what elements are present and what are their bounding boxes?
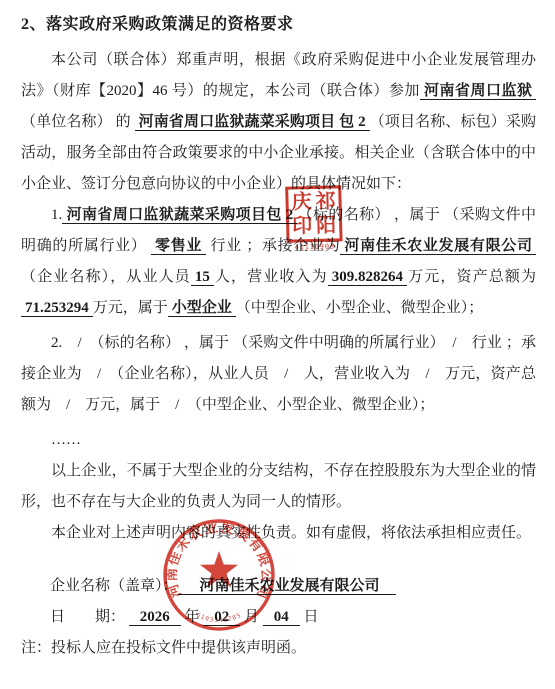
text-segment: 以上企业，不属于大型企业的分支结构，不存在控股股东为大型企业的情形，也不存在与大… <box>21 463 536 510</box>
no-large-enterprise-paragraph: 以上企业，不属于大型企业的分支结构，不存在控股股东为大型企业的情形，也不存在与大… <box>21 456 536 518</box>
filled-value: 河南省周口监狱 <box>420 83 536 100</box>
square-seal-chars-bottom: 印阳 <box>288 214 341 237</box>
filled-value: 15 <box>191 269 214 286</box>
text-segment: 万元，属于 <box>93 300 168 316</box>
text-segment: 人，营业收入为 <box>214 269 328 285</box>
signature-block: 企业名称（盖章）：河南佳禾农业发展有限公司 日 期： 2026 年 02 月 0… <box>50 571 536 633</box>
filled-value: 河南佳禾农业发展有限公司 <box>340 238 536 255</box>
text-segment: …… <box>51 432 81 448</box>
star-icon <box>200 551 238 587</box>
square-seal-border: 庆祁 印阳 <box>285 185 342 242</box>
date-label: 日 期： <box>50 609 125 625</box>
filled-value: 河南省周口监狱蔬菜采购项目包 2 <box>62 207 297 224</box>
round-seal-serial: 6103349785 <box>195 612 243 625</box>
company-seal-label: 企业名称（盖章）： <box>50 578 178 594</box>
day-suffix: 日 <box>304 609 319 625</box>
responsibility-paragraph: 本企业对上述声明内容的真实性负责。如有虚假，将依法承担相应责任。 <box>21 518 536 549</box>
date-line: 日 期： 2026 年 02 月 04 日 <box>50 602 536 633</box>
filled-value: 零售业 <box>151 238 206 255</box>
square-name-seal: 庆祁 印阳 41110903 <box>285 185 343 251</box>
text-segment: 1. <box>51 207 62 223</box>
intro-paragraph: 本公司（联合体）郑重声明，根据《政府采购促进中小企业发展管理办法》（财库【202… <box>21 45 536 200</box>
document-page: 2、落实政府采购政策满足的资格要求 本公司（联合体）郑重声明，根据《政府采购促进… <box>0 0 555 689</box>
section-title: 2、落实政府采购政策满足的资格要求 <box>21 13 536 37</box>
square-seal-chars-top: 庆祁 <box>287 190 340 213</box>
text-segment: （中型企业、小型企业、微型企业）； <box>236 300 484 316</box>
company-name-line: 企业名称（盖章）：河南佳禾农业发展有限公司 <box>50 571 536 602</box>
text-segment: 本企业对上述声明内容的真实性负责。如有虚假，将依法承担相应责任。 <box>51 525 531 541</box>
filled-value: 309.828264 <box>328 269 407 286</box>
filled-value: 河南省周口监狱蔬菜采购项目 包 2 <box>135 114 370 131</box>
ellipsis-line: …… <box>21 425 536 456</box>
text-segment: （企业名称），从业人员 <box>21 269 191 285</box>
item-2-paragraph: 2. / （标的名称） ，属于 （采购文件中明确的所属行业） / 行业 ；承接企… <box>21 328 536 421</box>
text-segment: 万元，资产总额为 <box>407 269 536 285</box>
square-seal-serial: 41110903 <box>287 242 343 251</box>
text-segment: （单位名称） 的 <box>21 114 135 130</box>
filled-value: 小型企业 <box>168 300 236 317</box>
document-content: 2、落实政府采购政策满足的资格要求 本公司（联合体）郑重声明，根据《政府采购促进… <box>21 13 536 664</box>
text-segment: 2. / （标的名称） ，属于 （采购文件中明确的所属行业） / 行业 ；承接企… <box>21 335 536 413</box>
round-company-seal: 河南佳禾农业发展有限公司 6103349785 <box>161 517 277 633</box>
filled-value: 71.253294 <box>21 300 93 317</box>
item-1-paragraph: 1.河南省周口监狱蔬菜采购项目包 2（标的名称） ，属于 （采购文件中明确的所属… <box>21 200 536 324</box>
note-line: 注：投标人应在投标文件中提供该声明函。 <box>21 633 536 664</box>
